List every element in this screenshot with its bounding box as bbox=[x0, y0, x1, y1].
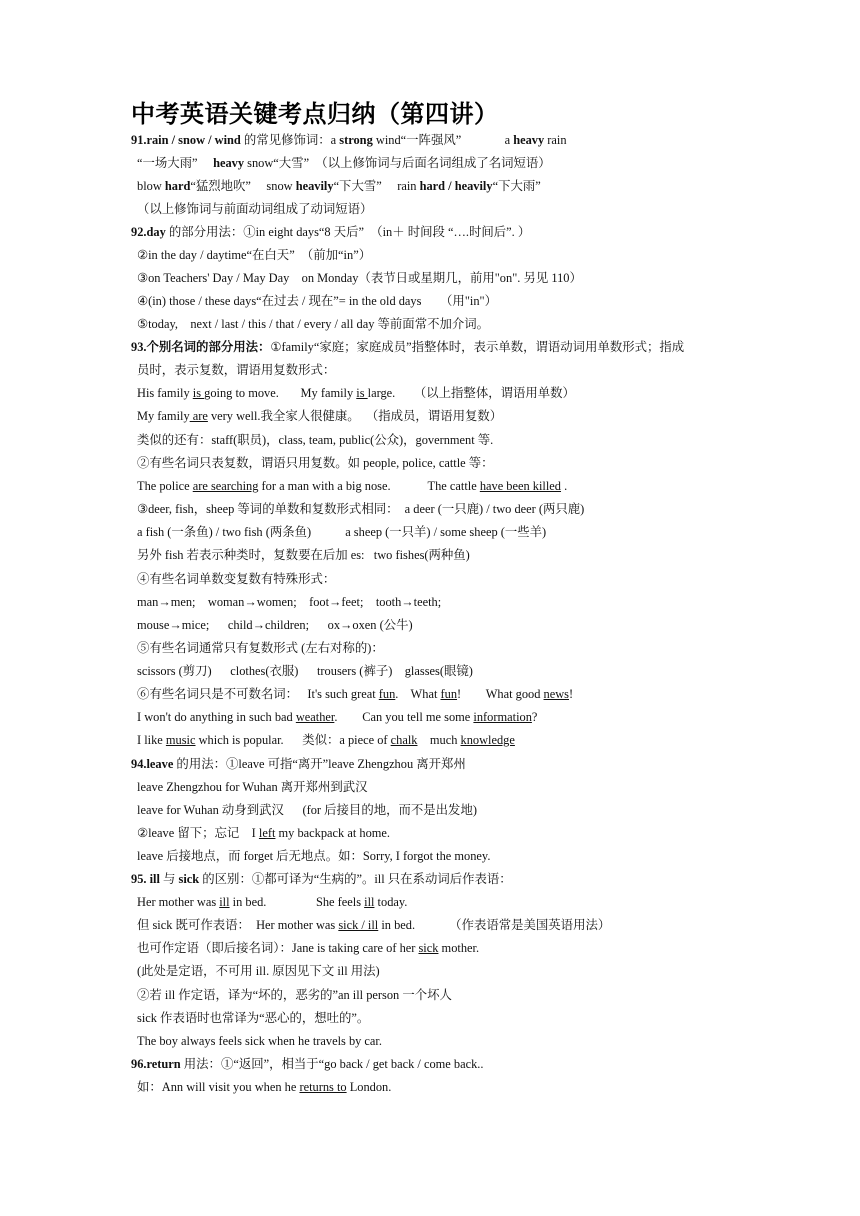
text-segment: “猛烈地吹” snow bbox=[190, 179, 295, 193]
text-segment: （以上修饰词与前面动词组成了动词短语） bbox=[137, 202, 372, 216]
text-segment: leave Zhengzhou for Wuhan 离开郑州到武汉 bbox=[137, 780, 368, 794]
text-segment: 用法：①“返回”，相当于“go back / get back / come b… bbox=[181, 1057, 484, 1071]
text-line: blow hard“猛烈地吹” snow heavily“下大雪” rain h… bbox=[137, 178, 541, 194]
text-segment: which is popular. 类似：a piece of bbox=[196, 733, 391, 747]
bold-text: hard bbox=[165, 179, 190, 193]
text-segment: “下大雨” bbox=[493, 179, 541, 193]
bold-text: sick bbox=[179, 872, 200, 886]
text-segment: ⑥有些名词只是不可数名词： It's such great bbox=[137, 687, 379, 701]
text-line: I won't do anything in such bad weather.… bbox=[137, 709, 537, 725]
underlined-text: left bbox=[259, 826, 276, 840]
text-segment: ③on Teachers' Day / May Day on Monday（表节… bbox=[137, 271, 582, 285]
text-segment: ? bbox=[532, 710, 538, 724]
text-line: The boy always feels sick when he travel… bbox=[137, 1033, 382, 1049]
text-segment: very well.我全家人很健康。 （指成员，谓语用复数） bbox=[208, 409, 502, 423]
bold-text: 94.leave bbox=[131, 757, 173, 771]
underlined-text: fun bbox=[379, 687, 396, 701]
text-segment: blow bbox=[137, 179, 165, 193]
text-line: 也可作定语（即后接名词）：Jane is taking care of her … bbox=[137, 940, 479, 956]
text-segment: ②若 ill 作定语，译为“坏的，恶劣的”an ill person 一个坏人 bbox=[137, 988, 452, 1002]
bold-text: 96.return bbox=[131, 1057, 181, 1071]
underlined-text: information bbox=[473, 710, 532, 724]
text-segment: ③deer, fish，sheep 等词的单数和复数形式相同： a deer (… bbox=[137, 502, 584, 516]
text-line: “一场大雨” heavy snow“大雪” （以上修饰词与后面名词组成了名词短语… bbox=[137, 155, 551, 171]
text-segment: 的部分用法：①in eight days“8 天后” （in＋ 时间段 “….时… bbox=[166, 225, 530, 239]
text-line: man→men; woman→women; foot→feet; tooth→t… bbox=[137, 594, 441, 610]
text-line: leave 后接地点，而 forget 后无地点。如：Sorry, I forg… bbox=[137, 848, 490, 864]
text-line: a fish (一条鱼) / two fish (两条鱼) a sheep (一… bbox=[137, 524, 546, 540]
underlined-text: fun bbox=[441, 687, 458, 701]
text-segment: 类似的还有：staff(职员)，class, team, public(公众)，… bbox=[137, 433, 493, 447]
text-segment: in bed. （作表语常是美国英语用法） bbox=[378, 918, 610, 932]
underlined-text: returns to bbox=[299, 1080, 346, 1094]
text-segment: sick 作表语时也常译为“恶心的，想吐的”。 bbox=[137, 1011, 369, 1025]
text-line: ⑤today, next / last / this / that / ever… bbox=[137, 316, 489, 332]
text-line: ⑤有些名词通常只有复数形式 (左右对称的)： bbox=[137, 640, 384, 656]
underlined-text: ill bbox=[219, 895, 229, 909]
underlined-text: news bbox=[544, 687, 569, 701]
text-segment: ④有些名词单数变复数有特殊形式： bbox=[137, 572, 335, 586]
text-segment: London. bbox=[347, 1080, 392, 1094]
text-line: ③on Teachers' Day / May Day on Monday（表节… bbox=[137, 270, 582, 286]
bold-text: 95. ill bbox=[131, 872, 160, 886]
text-segment: wind“一阵强风” a bbox=[373, 133, 513, 147]
text-line: 96.return 用法：①“返回”，相当于“go back / get bac… bbox=[131, 1056, 483, 1072]
bold-text: heavily bbox=[296, 179, 334, 193]
text-segment: 的用法：①leave 可指“离开”leave Zhengzhou 离开郑州 bbox=[173, 757, 465, 771]
text-segment: large. （以上指整体，谓语用单数） bbox=[368, 386, 575, 400]
text-segment: The police bbox=[137, 479, 193, 493]
text-segment: in bed. She feels bbox=[230, 895, 365, 909]
bold-text: heavy bbox=[213, 156, 244, 170]
underlined-text: music bbox=[166, 733, 196, 747]
text-segment: ⑤有些名词通常只有复数形式 (左右对称的)： bbox=[137, 641, 384, 655]
text-line: （以上修饰词与前面动词组成了动词短语） bbox=[137, 201, 372, 217]
document-page: 中考英语关键考点归纳（第四讲） 91.rain / snow / wind 的常… bbox=[0, 0, 860, 1216]
text-segment: The boy always feels sick when he travel… bbox=[137, 1034, 382, 1048]
text-line: 95. ill 与 sick 的区别：①都可译为“生病的”。ill 只在系动词后… bbox=[131, 871, 512, 887]
underlined-text: chalk bbox=[391, 733, 418, 747]
underlined-text: sick / ill bbox=[338, 918, 378, 932]
text-line: His family is going to move. My family i… bbox=[137, 385, 575, 401]
text-segment: ⑤today, next / last / this / that / ever… bbox=[137, 317, 489, 331]
text-line: ④有些名词单数变复数有特殊形式： bbox=[137, 571, 335, 587]
underlined-text: are bbox=[190, 409, 208, 423]
bold-text: heavy bbox=[513, 133, 544, 147]
text-segment: ②in the day / daytime“在白天” （前加“in”） bbox=[137, 248, 371, 262]
text-line: mouse→mice; child→children; ox→oxen (公牛) bbox=[137, 617, 413, 633]
text-line: ②leave 留下；忘记 I left my backpack at home. bbox=[137, 825, 390, 841]
text-line: leave for Wuhan 动身到武汉 (for 后接目的地，而不是出发地) bbox=[137, 802, 477, 818]
text-line: ③deer, fish，sheep 等词的单数和复数形式相同： a deer (… bbox=[137, 501, 584, 517]
bold-text: 93. bbox=[131, 340, 147, 354]
text-segment: my backpack at home. bbox=[275, 826, 390, 840]
text-segment: mouse→mice; child→children; ox→oxen (公牛) bbox=[137, 618, 413, 632]
text-line: 93.个别名词的部分用法：①family“家庭；家庭成员”指整体时，表示单数，谓… bbox=[131, 339, 684, 355]
text-segment: ! bbox=[569, 687, 573, 701]
text-segment: (此处是定语，不可用 ill. 原因见下文 ill 用法) bbox=[137, 964, 380, 978]
bold-text: 91.rain / snow / wind bbox=[131, 133, 241, 147]
text-line: scissors (剪刀) clothes(衣服) trousers (裤子) … bbox=[137, 663, 473, 679]
text-segment: . bbox=[561, 479, 567, 493]
text-segment: I won't do anything in such bad bbox=[137, 710, 296, 724]
text-segment: “一场大雨” bbox=[137, 156, 213, 170]
text-line: I like music which is popular. 类似：a piec… bbox=[137, 732, 515, 748]
text-segment: I like bbox=[137, 733, 166, 747]
text-segment: 与 bbox=[160, 872, 179, 886]
text-line: 另外 fish 若表示种类时，复数要在后加 es: two fishes(两种鱼… bbox=[137, 547, 470, 563]
text-segment: ①family“家庭；家庭成员”指整体时，表示单数，谓语动词用单数形式；指成 bbox=[270, 340, 684, 354]
text-segment: . What bbox=[395, 687, 440, 701]
text-line: ⑥有些名词只是不可数名词： It's such great fun. What … bbox=[137, 686, 573, 702]
text-line: ②in the day / daytime“在白天” （前加“in”） bbox=[137, 247, 371, 263]
text-line: 如：Ann will visit you when he returns to … bbox=[137, 1079, 391, 1095]
text-line: leave Zhengzhou for Wuhan 离开郑州到武汉 bbox=[137, 779, 368, 795]
text-line: ④(in) those / these days“在过去 / 现在”= in t… bbox=[137, 293, 497, 309]
text-line: 91.rain / snow / wind 的常见修饰词：a strong wi… bbox=[131, 132, 567, 148]
bold-text: 个别名词的部分用法： bbox=[147, 340, 271, 354]
text-segment: 但 sick 既可作表语： Her mother was bbox=[137, 918, 338, 932]
text-segment: 也可作定语（即后接名词）：Jane is taking care of her bbox=[137, 941, 418, 955]
underlined-text: are searching bbox=[193, 479, 259, 493]
text-segment: much bbox=[417, 733, 460, 747]
text-segment: “下大雪” rain bbox=[334, 179, 420, 193]
text-line: sick 作表语时也常译为“恶心的，想吐的”。 bbox=[137, 1010, 369, 1026]
text-line: ②若 ill 作定语，译为“坏的，恶劣的”an ill person 一个坏人 bbox=[137, 987, 452, 1003]
text-segment: ②leave 留下；忘记 I bbox=[137, 826, 259, 840]
page-title: 中考英语关键考点归纳（第四讲） bbox=[131, 94, 499, 129]
text-segment: snow“大雪” （以上修饰词与后面名词组成了名词短语） bbox=[244, 156, 551, 170]
text-segment: 的区别：①都可译为“生病的”。ill 只在系动词后作表语： bbox=[199, 872, 512, 886]
text-segment: . Can you tell me some bbox=[334, 710, 473, 724]
text-line: 但 sick 既可作表语： Her mother was sick / ill … bbox=[137, 917, 610, 933]
underlined-text: have been killed bbox=[480, 479, 561, 493]
text-segment: ④(in) those / these days“在过去 / 现在”= in t… bbox=[137, 294, 497, 308]
text-segment: My family bbox=[137, 409, 190, 423]
text-segment: going to move. My family bbox=[204, 386, 356, 400]
text-line: Her mother was ill in bed. She feels ill… bbox=[137, 894, 407, 910]
text-segment: Her mother was bbox=[137, 895, 219, 909]
text-line: 92.day 的部分用法：①in eight days“8 天后” （in＋ 时… bbox=[131, 224, 530, 240]
text-segment: 的常见修饰词：a bbox=[241, 133, 339, 147]
text-segment: ②有些名词只表复数，谓语只用复数。如 people, police, cattl… bbox=[137, 456, 494, 470]
text-line: 员时，表示复数，谓语用复数形式： bbox=[137, 362, 335, 378]
text-segment: 另外 fish 若表示种类时，复数要在后加 es: two fishes(两种鱼… bbox=[137, 548, 470, 562]
text-segment: scissors (剪刀) clothes(衣服) trousers (裤子) … bbox=[137, 664, 473, 678]
text-line: (此处是定语，不可用 ill. 原因见下文 ill 用法) bbox=[137, 963, 380, 979]
text-segment: man→men; woman→women; foot→feet; tooth→t… bbox=[137, 595, 441, 609]
text-segment: today. bbox=[374, 895, 407, 909]
text-segment: ! What good bbox=[457, 687, 544, 701]
bold-text: hard / heavily bbox=[420, 179, 493, 193]
text-line: 类似的还有：staff(职员)，class, team, public(公众)，… bbox=[137, 432, 493, 448]
text-segment: mother. bbox=[438, 941, 479, 955]
bold-text: 92.day bbox=[131, 225, 166, 239]
text-segment: a fish (一条鱼) / two fish (两条鱼) a sheep (一… bbox=[137, 525, 546, 539]
bold-text: strong bbox=[339, 133, 373, 147]
text-segment: rain bbox=[544, 133, 566, 147]
underlined-text: is bbox=[193, 386, 204, 400]
text-segment: leave 后接地点，而 forget 后无地点。如：Sorry, I forg… bbox=[137, 849, 490, 863]
underlined-text: ill bbox=[364, 895, 374, 909]
text-segment: for a man with a big nose. The cattle bbox=[258, 479, 479, 493]
text-segment: leave for Wuhan 动身到武汉 (for 后接目的地，而不是出发地) bbox=[137, 803, 477, 817]
text-line: ②有些名词只表复数，谓语只用复数。如 people, police, cattl… bbox=[137, 455, 494, 471]
text-segment: 员时，表示复数，谓语用复数形式： bbox=[137, 363, 335, 377]
text-line: The police are searching for a man with … bbox=[137, 478, 567, 494]
underlined-text: weather bbox=[296, 710, 335, 724]
text-segment: His family bbox=[137, 386, 193, 400]
text-segment: 如：Ann will visit you when he bbox=[137, 1080, 299, 1094]
underlined-text: is bbox=[356, 386, 367, 400]
text-line: 94.leave 的用法：①leave 可指“离开”leave Zhengzho… bbox=[131, 756, 466, 772]
underlined-text: sick bbox=[418, 941, 438, 955]
underlined-text: knowledge bbox=[461, 733, 515, 747]
text-line: My family are very well.我全家人很健康。 （指成员，谓语… bbox=[137, 408, 502, 424]
